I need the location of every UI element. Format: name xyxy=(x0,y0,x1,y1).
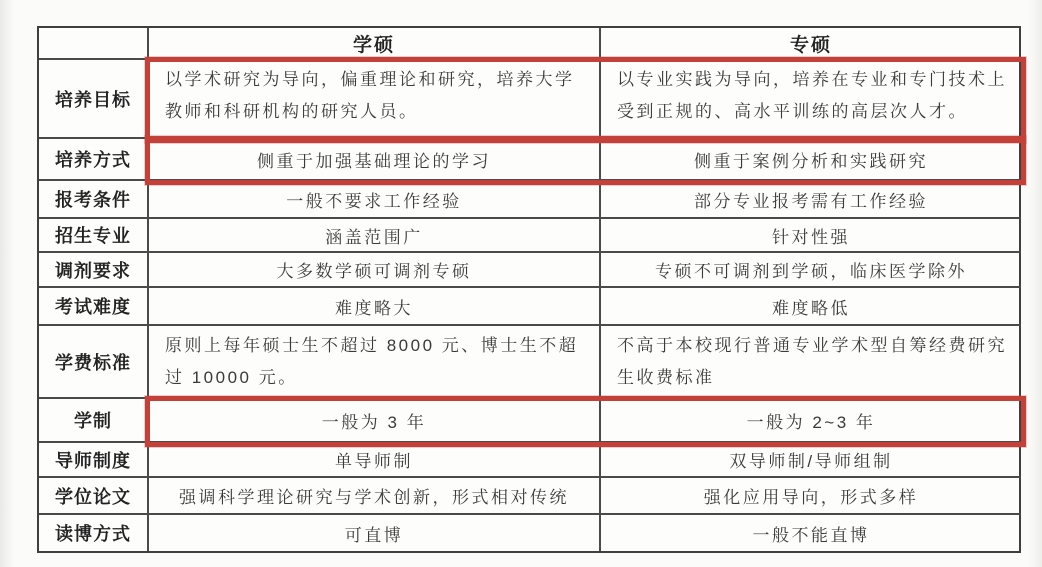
zhuanshuo-cell: 不高于本校现行普通专业学术型自筹经费研究生收费标准 xyxy=(601,326,1021,399)
row-label: 学位论文 xyxy=(39,478,149,515)
xueshuo-cell: 涵盖范围广 xyxy=(149,219,601,253)
table-row: 招生专业 涵盖范围广 针对性强 xyxy=(39,219,1019,253)
xueshuo-cell: 大多数学硕可调剂专硕 xyxy=(149,253,601,288)
table-row: 学位论文 强调科学理论研究与学术创新，形式相对传统 强化应用导向，形式多样 xyxy=(39,478,1019,515)
zhuanshuo-cell: 部分专业报考需有工作经验 xyxy=(601,181,1021,219)
xueshuo-cell: 原则上每年硕士生不超过 8000 元、博士生不超过 10000 元。 xyxy=(149,326,601,399)
xueshuo-cell: 以学术研究为导向，偏重理论和研究，培养大学教师和科研机构的研究人员。 xyxy=(149,60,601,139)
xueshuo-cell: 强调科学理论研究与学术创新，形式相对传统 xyxy=(149,478,601,515)
xueshuo-cell: 单导师制 xyxy=(149,443,601,478)
xueshuo-cell: 一般不要求工作经验 xyxy=(149,181,601,219)
table-body: 培养目标 以学术研究为导向，偏重理论和研究，培养大学教师和科研机构的研究人员。 … xyxy=(39,60,1019,551)
table-row: 调剂要求 大多数学硕可调剂专硕 专硕不可调剂到学硕，临床医学除外 xyxy=(39,253,1019,288)
table-row: 导师制度 单导师制 双导师制/导师组制 xyxy=(39,443,1019,478)
zhuanshuo-cell: 一般不能直博 xyxy=(601,515,1021,551)
table-row: 学制 一般为 3 年 一般为 2~3 年 xyxy=(39,399,1019,443)
row-label: 招生专业 xyxy=(39,219,149,253)
table-row: 报考条件 一般不要求工作经验 部分专业报考需有工作经验 xyxy=(39,181,1019,219)
table-row: 学费标准 原则上每年硕士生不超过 8000 元、博士生不超过 10000 元。 … xyxy=(39,326,1019,399)
zhuanshuo-cell: 双导师制/导师组制 xyxy=(601,443,1021,478)
row-label: 学费标准 xyxy=(39,326,149,399)
row-label: 培养目标 xyxy=(39,60,149,139)
table-row: 考试难度 难度略大 难度略低 xyxy=(39,288,1019,326)
xueshuo-cell: 一般为 3 年 xyxy=(149,399,601,443)
xueshuo-cell: 可直博 xyxy=(149,515,601,551)
zhuanshuo-cell: 以专业实践为导向，培养在专业和专门技术上受到正规的、高水平训练的高层次人才。 xyxy=(601,60,1021,139)
table-row: 培养方式 侧重于加强基础理论的学习 侧重于案例分析和实践研究 xyxy=(39,139,1019,181)
row-label: 培养方式 xyxy=(39,139,149,181)
row-label: 学制 xyxy=(39,399,149,443)
corner-cell xyxy=(39,28,149,60)
row-label: 调剂要求 xyxy=(39,253,149,288)
row-label: 导师制度 xyxy=(39,443,149,478)
zhuanshuo-cell: 专硕不可调剂到学硕，临床医学除外 xyxy=(601,253,1021,288)
masters-comparison-table: 学硕 专硕 培养目标 以学术研究为导向，偏重理论和研究，培养大学教师和科研机构的… xyxy=(37,26,1021,553)
table-row: 培养目标 以学术研究为导向，偏重理论和研究，培养大学教师和科研机构的研究人员。 … xyxy=(39,60,1019,139)
zhuanshuo-cell: 难度略低 xyxy=(601,288,1021,326)
screenshot-background: 学硕 专硕 培养目标 以学术研究为导向，偏重理论和研究，培养大学教师和科研机构的… xyxy=(0,0,1042,567)
column-header-zhuanshuo: 专硕 xyxy=(601,28,1021,60)
row-label: 考试难度 xyxy=(39,288,149,326)
zhuanshuo-cell: 侧重于案例分析和实践研究 xyxy=(601,139,1021,181)
zhuanshuo-cell: 强化应用导向，形式多样 xyxy=(601,478,1021,515)
zhuanshuo-cell: 一般为 2~3 年 xyxy=(601,399,1021,443)
row-label: 读博方式 xyxy=(39,515,149,551)
table-header-row: 学硕 专硕 xyxy=(39,28,1019,60)
xueshuo-cell: 难度略大 xyxy=(149,288,601,326)
column-header-xueshuo: 学硕 xyxy=(149,28,601,60)
table-row: 读博方式 可直博 一般不能直博 xyxy=(39,515,1019,551)
zhuanshuo-cell: 针对性强 xyxy=(601,219,1021,253)
xueshuo-cell: 侧重于加强基础理论的学习 xyxy=(149,139,601,181)
row-label: 报考条件 xyxy=(39,181,149,219)
